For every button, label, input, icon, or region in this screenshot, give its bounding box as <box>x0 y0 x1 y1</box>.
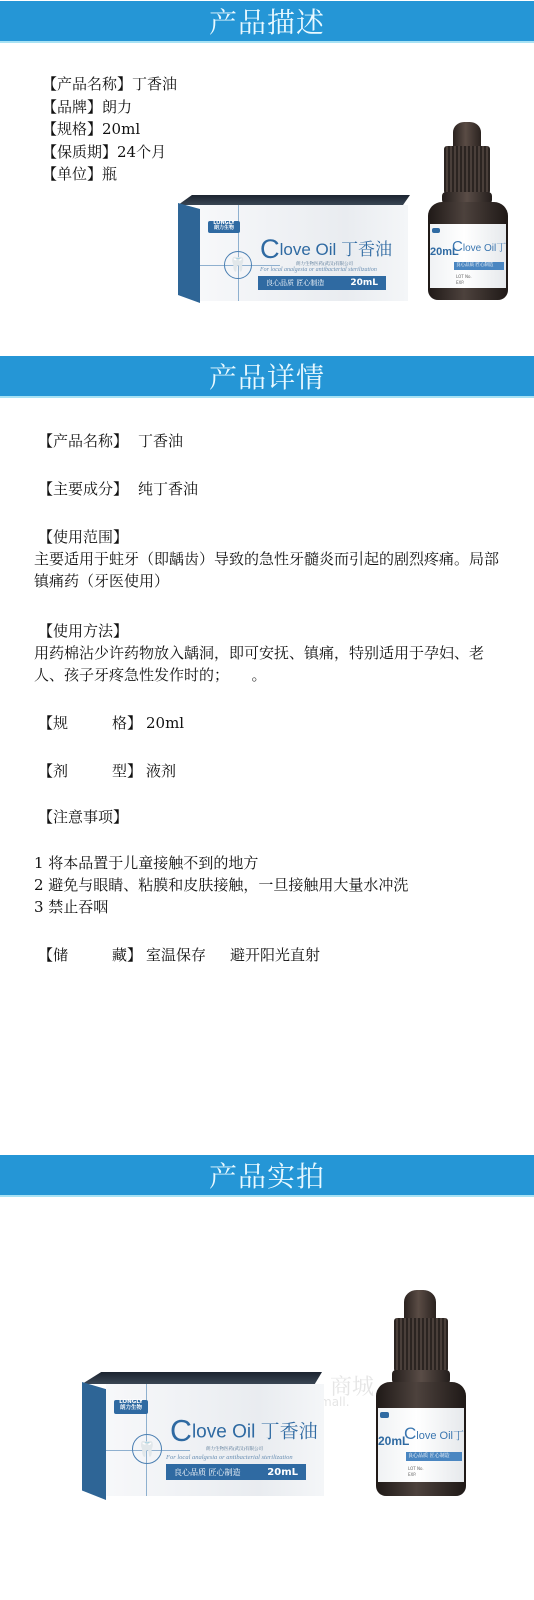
detail-spec: 【规格】20ml <box>38 712 184 734</box>
product-box-photo: LONGLY 朗力生物 🦷 Clove Oil 丁香油 朗力生物医药(武汉)有限… <box>82 1372 332 1502</box>
desc-value: 丁香油 <box>132 75 177 93</box>
product-subtitle: For local analgesia or antibacterial ste… <box>166 1454 293 1461</box>
bottle-exp: EXP. <box>408 1472 416 1477</box>
detail-paragraph: 用药棉沾少许药物放入龋洞，即可安抚、镇痛，特别适用于孕妇、老人、孩子牙疼急性发作… <box>34 642 504 686</box>
desc-row-shelf-life: 【保质期】24个月 <box>42 141 177 164</box>
bottle-logo <box>380 1412 389 1418</box>
tooth-icon: 🦷 <box>132 1434 162 1464</box>
section-title: 产品详情 <box>209 356 325 396</box>
detail-label: 藏】 <box>112 946 142 964</box>
detail-label: 【储 <box>38 946 68 964</box>
precautions-list: 1 将本品置于儿童接触不到的地方 2 避免与眼睛、粘膜和皮肤接触，一旦接触用大量… <box>34 852 408 918</box>
product-bottle-image: 20mL Clove Oil丁香油 良心品质 匠心制造 LOT No. EXP. <box>420 122 515 302</box>
bottle-slogan: 良心品质 匠心制造 <box>406 1452 462 1461</box>
section-banner-description: 产品描述 <box>0 1 534 43</box>
slogan-bar: 良心品质 匠心制造20mL <box>258 276 386 290</box>
detail-usage-method: 【使用方法】 用药棉沾少许药物放入龋洞，即可安抚、镇痛，特别适用于孕妇、老人、孩… <box>38 620 504 686</box>
bottle-exp: EXP. <box>456 280 464 285</box>
brand-logo: LONGLY 朗力生物 <box>114 1400 148 1414</box>
detail-value: 20ml <box>146 714 184 732</box>
section-title: 产品描述 <box>209 1 325 41</box>
detail-product-name: 【产品名称】丁香油 <box>38 430 183 452</box>
section-banner-details: 产品详情 <box>0 356 534 398</box>
precaution-item: 1 将本品置于儿童接触不到的地方 <box>34 852 408 874</box>
desc-row-unit: 【单位】瓶 <box>42 163 177 186</box>
detail-usage-scope: 【使用范围】 主要适用于蛀牙（即龋齿）导致的急性牙髓炎而引起的剧烈疼痛。局部镇痛… <box>38 526 504 592</box>
desc-value: 20ml <box>102 120 140 138</box>
bottle-lot: LOT No. <box>456 274 472 279</box>
desc-row-brand: 【品牌】朗力 <box>42 96 177 119</box>
brand-logo: LONGLY 朗力生物 <box>208 221 240 233</box>
detail-form: 【剂型】液剂 <box>38 760 176 782</box>
detail-label: 型】 <box>112 762 142 780</box>
product-title: Clove Oil 丁香油 <box>170 1414 318 1449</box>
bottle-logo <box>432 228 440 233</box>
precaution-item: 2 避免与眼睛、粘膜和皮肤接触，一旦接触用大量水冲洗 <box>34 874 408 896</box>
bottle-lot: LOT No. <box>408 1466 424 1471</box>
section-banner-photos: 产品实拍 <box>0 1155 534 1197</box>
detail-label: 【主要成分】 <box>38 478 128 500</box>
desc-label: 【单位】 <box>42 165 102 183</box>
detail-label: 【使用方法】 <box>38 620 504 642</box>
product-bottle-photo: 20mL Clove Oil丁香油 良心品质 匠心制造 LOT No. EXP. <box>366 1290 476 1498</box>
detail-paragraph: 主要适用于蛀牙（即龋齿）导致的急性牙髓炎而引起的剧烈疼痛。局部镇痛药（牙医使用） <box>34 548 504 592</box>
detail-label: 【规 <box>38 714 68 732</box>
detail-label: 【产品名称】 <box>38 430 128 452</box>
detail-label: 格】 <box>112 714 142 732</box>
detail-value: 避开阳光直射 <box>230 946 320 964</box>
detail-value: 液剂 <box>146 762 176 780</box>
detail-precautions-label: 【注意事项】 <box>38 806 128 828</box>
desc-value: 瓶 <box>102 165 117 183</box>
desc-label: 【规格】 <box>42 120 102 138</box>
detail-ingredients: 【主要成分】纯丁香油 <box>38 478 198 500</box>
desc-label: 【产品名称】 <box>42 75 132 93</box>
detail-label: 【使用范围】 <box>38 526 504 548</box>
product-box-image: LONGLY 朗力生物 🦷 Clove Oil 丁香油 朗力生物医药(武汉)有限… <box>178 195 418 305</box>
detail-value: 丁香油 <box>138 432 183 450</box>
bottle-title: Clove Oil丁香油 <box>452 238 506 255</box>
description-list: 【产品名称】丁香油 【品牌】朗力 【规格】20ml 【保质期】24个月 【单位】… <box>42 73 177 186</box>
bottle-slogan: 良心品质 匠心制造 <box>454 262 504 270</box>
detail-value: 室温保存 <box>146 946 206 964</box>
precaution-item: 3 禁止吞咽 <box>34 896 408 918</box>
section-title: 产品实拍 <box>209 1155 325 1195</box>
desc-value: 朗力 <box>102 98 132 116</box>
desc-value: 24个月 <box>117 143 166 161</box>
desc-label: 【保质期】 <box>42 143 117 161</box>
detail-label: 【注意事项】 <box>38 808 128 826</box>
detail-value: 纯丁香油 <box>138 480 198 498</box>
detail-label: 【剂 <box>38 762 68 780</box>
company-name: 朗力生物医药(武汉)有限公司 <box>206 1446 263 1452</box>
desc-row-name: 【产品名称】丁香油 <box>42 73 177 96</box>
tooth-icon: 🦷 <box>224 251 252 279</box>
product-subtitle: For local analgesia or antibacterial ste… <box>260 267 377 273</box>
desc-label: 【品牌】 <box>42 98 102 116</box>
desc-row-spec: 【规格】20ml <box>42 118 177 141</box>
detail-storage: 【储藏】室温保存避开阳光直射 <box>38 944 320 966</box>
slogan-bar: 良心品质 匠心制造20mL <box>166 1464 306 1480</box>
bottle-title: Clove Oil丁香油 <box>404 1424 464 1444</box>
